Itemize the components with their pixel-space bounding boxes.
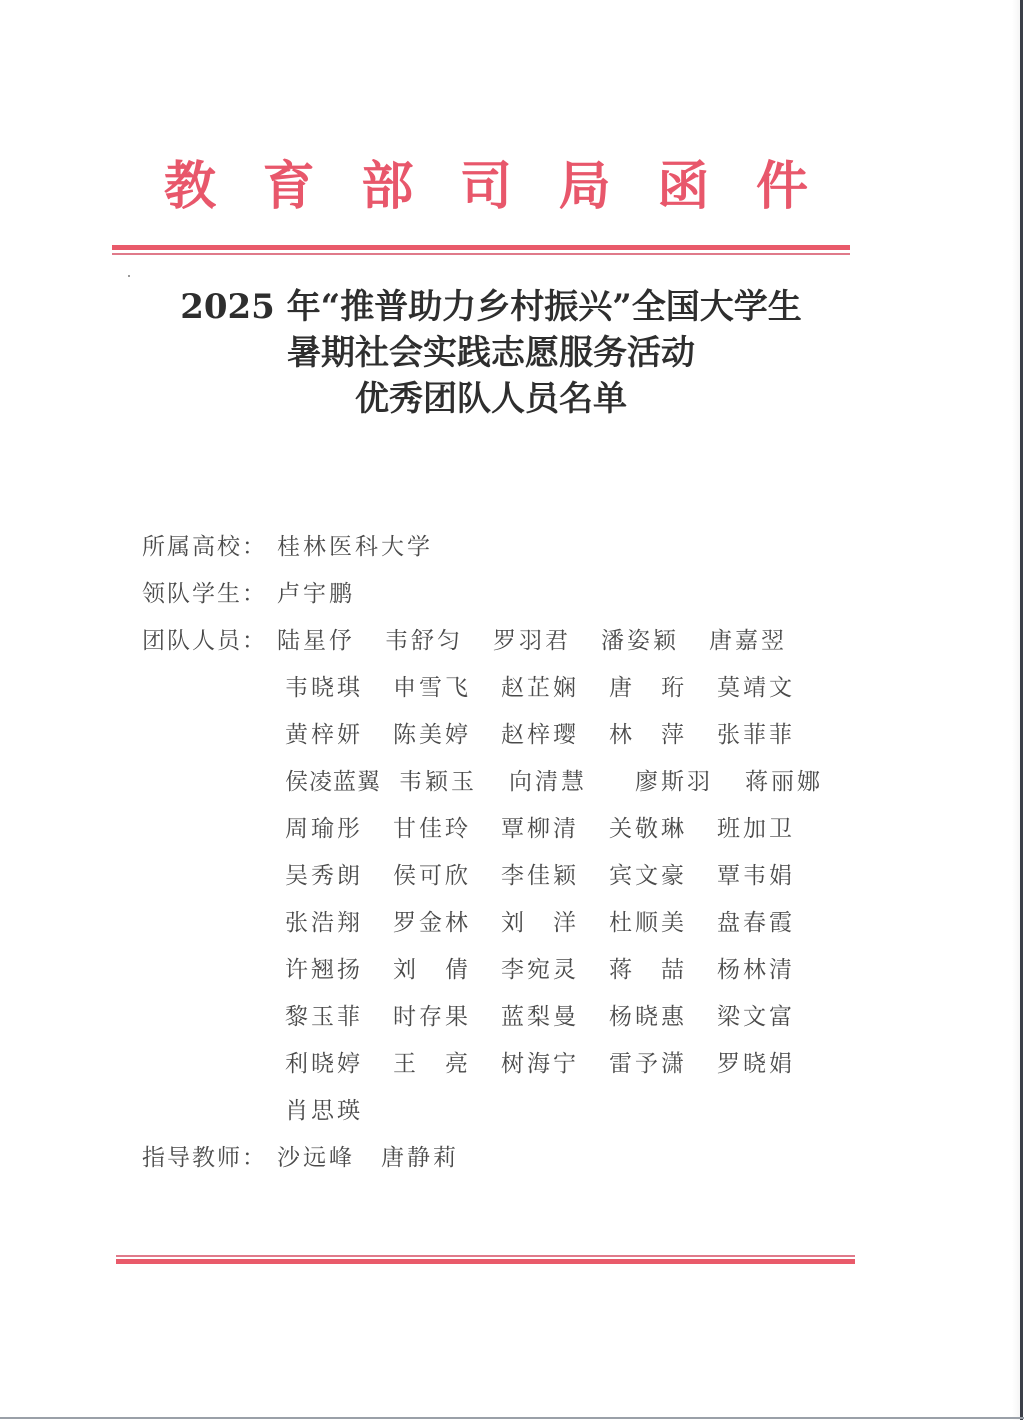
letterhead-char: 局: [559, 161, 611, 213]
member-name: 韦晓琪: [285, 665, 393, 712]
advisors-row: 指导教师： 沙远峰 唐静莉: [142, 1135, 862, 1182]
member-name: 盘春霞: [717, 900, 827, 947]
member-name: 赵芷娴: [501, 665, 609, 712]
letterhead-char: 司: [460, 161, 512, 213]
member-name: 雷予潇: [609, 1041, 717, 1088]
scan-page-bottom-edge: [0, 1417, 1024, 1419]
leader-row: 领队学生： 卢宇鹏: [142, 571, 862, 618]
letterhead-char: 教: [164, 161, 216, 213]
member-name: 罗晓娟: [717, 1041, 827, 1088]
member-name: 韦颖玉: [393, 759, 501, 806]
header-rule-thick: [112, 245, 850, 250]
title-line-2: 暑期社会实践志愿服务活动: [0, 330, 982, 376]
member-name: 蓝梨曼: [501, 994, 609, 1041]
leader-label: 领队学生：: [142, 571, 277, 618]
footer-rule-thick: [116, 1259, 855, 1264]
member-name: 覃韦娟: [717, 853, 827, 900]
member-name: 刘 倩: [393, 947, 501, 994]
member-name: 肖思瑛: [285, 1088, 393, 1135]
member-name: 侯可欣: [393, 853, 501, 900]
member-name: 廖斯羽: [609, 759, 717, 806]
member-name: 陈美婷: [393, 712, 501, 759]
member-name: 杨晓惠: [609, 994, 717, 1041]
member-name: 张菲菲: [717, 712, 827, 759]
university-value: 桂林医科大学: [277, 524, 433, 571]
member-name: 潘姿颖: [601, 618, 709, 665]
member-name: 李佳颖: [501, 853, 609, 900]
member-name: 张浩翔: [285, 900, 393, 947]
member-name: 黎玉菲: [285, 994, 393, 1041]
member-name: 侯凌蓝翼: [285, 759, 393, 806]
member-name: 王 亮: [393, 1041, 501, 1088]
member-name: 班加卫: [717, 806, 827, 853]
member-name: 罗羽君: [493, 618, 601, 665]
university-row: 所属高校： 桂林医科大学: [142, 524, 862, 571]
member-line: 陆星伃 韦舒匀 罗羽君 潘姿颖 唐嘉翌: [277, 618, 817, 665]
footer-rule-thin: [116, 1255, 855, 1257]
member-name: 赵梓璎: [501, 712, 609, 759]
member-name: 利晓婷: [285, 1041, 393, 1088]
letterhead: 教 育 部 司 局 函 件: [140, 152, 860, 222]
member-name: 罗金林: [393, 900, 501, 947]
advisors-label: 指导教师：: [142, 1135, 277, 1182]
leader-value: 卢宇鹏: [277, 571, 355, 618]
member-name: 梁文富: [717, 994, 827, 1041]
scan-edge-shadow: [1012, 0, 1020, 1420]
member-name: 韦舒匀: [385, 618, 493, 665]
letterhead-char: 育: [263, 161, 315, 213]
member-name: 杜顺美: [609, 900, 717, 947]
member-name: 吴秀朗: [285, 853, 393, 900]
letterhead-char: 件: [756, 161, 808, 213]
member-grid: 韦晓琪 申雪飞 赵芷娴 唐 珩 莫靖文 黄梓妍 陈美婷 赵梓璎 林 萍 张菲菲 …: [285, 665, 862, 1135]
member-name: 树海宁: [501, 1041, 609, 1088]
member-name: 宾文豪: [609, 853, 717, 900]
members-label: 团队人员：: [142, 618, 277, 665]
member-name: 向清慧: [501, 759, 609, 806]
member-name: 莫靖文: [717, 665, 827, 712]
letterhead-char: 函: [657, 161, 709, 213]
member-name: 甘佳玲: [393, 806, 501, 853]
university-label: 所属高校：: [142, 524, 277, 571]
member-name: 李宛灵: [501, 947, 609, 994]
member-name: 关敬琳: [609, 806, 717, 853]
member-name: 黄梓妍: [285, 712, 393, 759]
members-continued: 韦晓琪 申雪飞 赵芷娴 唐 珩 莫靖文 黄梓妍 陈美婷 赵梓璎 林 萍 张菲菲 …: [142, 665, 862, 1135]
member-name: 时存果: [393, 994, 501, 1041]
title-line-3: 优秀团队人员名单: [0, 376, 982, 422]
member-name: 蒋丽娜: [717, 759, 827, 806]
title-line-1: 2025 年“推普助力乡村振兴”全国大学生: [0, 284, 982, 330]
header-rule-thin: [112, 253, 850, 255]
roster-body: 所属高校： 桂林医科大学 领队学生： 卢宇鹏 团队人员： 陆星伃 韦舒匀 罗羽君…: [142, 524, 862, 1182]
member-name: 陆星伃: [277, 618, 385, 665]
member-name: 唐 珩: [609, 665, 717, 712]
member-name: 周瑜彤: [285, 806, 393, 853]
member-name: 杨林清: [717, 947, 827, 994]
member-name: 许翘扬: [285, 947, 393, 994]
member-name: 覃柳清: [501, 806, 609, 853]
advisors-value: 沙远峰 唐静莉: [277, 1135, 459, 1182]
member-name: 林 萍: [609, 712, 717, 759]
member-name: 刘 洋: [501, 900, 609, 947]
members-row: 团队人员： 陆星伃 韦舒匀 罗羽君 潘姿颖 唐嘉翌: [142, 618, 862, 665]
scan-page-edge: [1020, 0, 1023, 1420]
member-name: 申雪飞: [393, 665, 501, 712]
letterhead-char: 部: [361, 161, 413, 213]
scan-speck: [128, 275, 130, 277]
member-name: 唐嘉翌: [709, 618, 817, 665]
document-title: 2025 年“推普助力乡村振兴”全国大学生 暑期社会实践志愿服务活动 优秀团队人…: [0, 284, 982, 422]
member-name: 蒋 喆: [609, 947, 717, 994]
